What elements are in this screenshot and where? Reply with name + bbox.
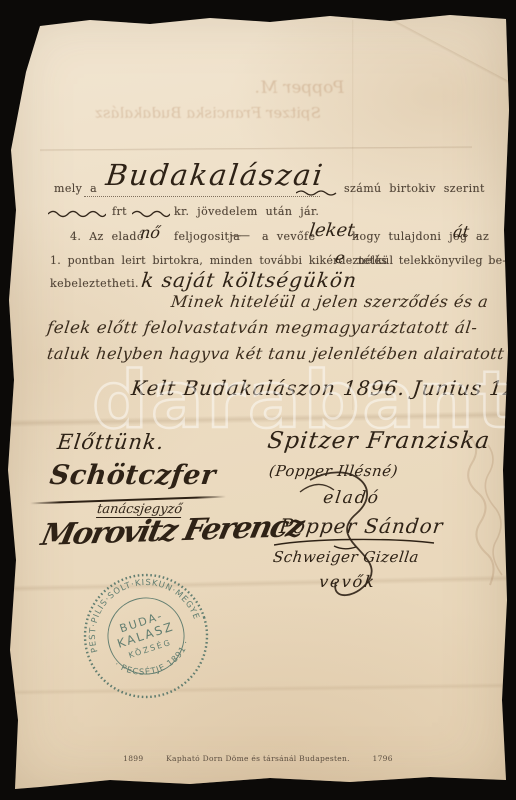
form-line2-frt: frt bbox=[112, 205, 127, 218]
handwritten-para-line1: Minek hiteléül a jelen szerződés és a bbox=[170, 292, 489, 311]
witness-heading: Előttünk. bbox=[56, 430, 166, 454]
squiggle-fill-2 bbox=[48, 208, 106, 218]
form-line3-mid3: hogy tulajdoni jog bbox=[352, 230, 468, 243]
bleedthrough-line-1: Popper M. bbox=[254, 78, 346, 98]
buyer-role: vevők bbox=[318, 572, 377, 591]
form-line3-mid2: a vevőfe bbox=[262, 230, 315, 243]
form-line5-hw: k saját költségükön bbox=[140, 268, 359, 292]
form-line1-suffix: számú birtokiv szerint bbox=[344, 182, 485, 195]
handwritten-para-line2: felek előtt felolvastatván megmagyarázta… bbox=[46, 318, 479, 337]
bleedthrough-right-edge bbox=[458, 430, 504, 590]
form-line3-prefix: 4. Az eladó bbox=[70, 230, 144, 243]
witness2-signature: Morovitz Ferencz bbox=[38, 509, 306, 553]
bleedthrough-line-2: Spitzer Franciska Budakalász bbox=[94, 104, 322, 122]
municipal-stamp: PEST·PILIS·SOLT·KISKUN·MEGYE · PECSÉTJE … bbox=[63, 553, 229, 719]
form-line3-dash: —— bbox=[230, 229, 248, 242]
buyer2-signature: Schweiger Gizella bbox=[272, 548, 420, 566]
document-paper: Popper M. Spitzer Franciska Budakalász m… bbox=[0, 0, 516, 800]
form-line3-hw-no: nő bbox=[139, 223, 161, 242]
squiggle-fill-3 bbox=[132, 208, 170, 218]
buyer1-signature: Popper Sándor bbox=[278, 514, 445, 538]
form-line1-handwritten-place: Budakalászai bbox=[104, 158, 326, 192]
fold-line-bottom bbox=[0, 682, 516, 695]
printer-imprint: 1899 Kapható Dorn Döme és társánál Budap… bbox=[0, 754, 516, 763]
imprint-right-number: 1796 bbox=[373, 754, 393, 763]
imprint-left-number: 1899 bbox=[123, 754, 143, 763]
fold-line-middle bbox=[0, 410, 516, 427]
form-line4-suffix: - nélkül telekkönyvileg be- bbox=[348, 254, 506, 267]
handwritten-para-line3: taluk helyben hagyva két tanu jelenlétéb… bbox=[46, 344, 506, 363]
form-line3-hw-at: át bbox=[452, 222, 470, 241]
seller-signature: Spitzer Franziska bbox=[266, 428, 492, 454]
seller-alias: (Popper Illésné) bbox=[268, 462, 399, 480]
form-line2-suffix: kr. jövedelem után jár. bbox=[174, 205, 319, 218]
witness1-signature: Schötczfer bbox=[48, 460, 218, 491]
dateline-text: Kelt Budakalászon 1896. Junius 12 bbox=[130, 376, 516, 400]
seller-role: eladó bbox=[322, 488, 381, 508]
form-line5-text: kebeleztetheti. bbox=[50, 277, 139, 290]
squiggle-fill-1 bbox=[296, 188, 340, 196]
imprint-text: Kapható Dorn Döme és társánál Budapesten… bbox=[166, 754, 350, 763]
crease-diagonal-topright bbox=[343, 0, 516, 109]
crease-line-top bbox=[40, 146, 472, 151]
handwritten-dateline: Kelt Budakalászon 1896. Junius 12én bbox=[130, 376, 516, 400]
form-line3-suffix: az bbox=[476, 230, 489, 243]
